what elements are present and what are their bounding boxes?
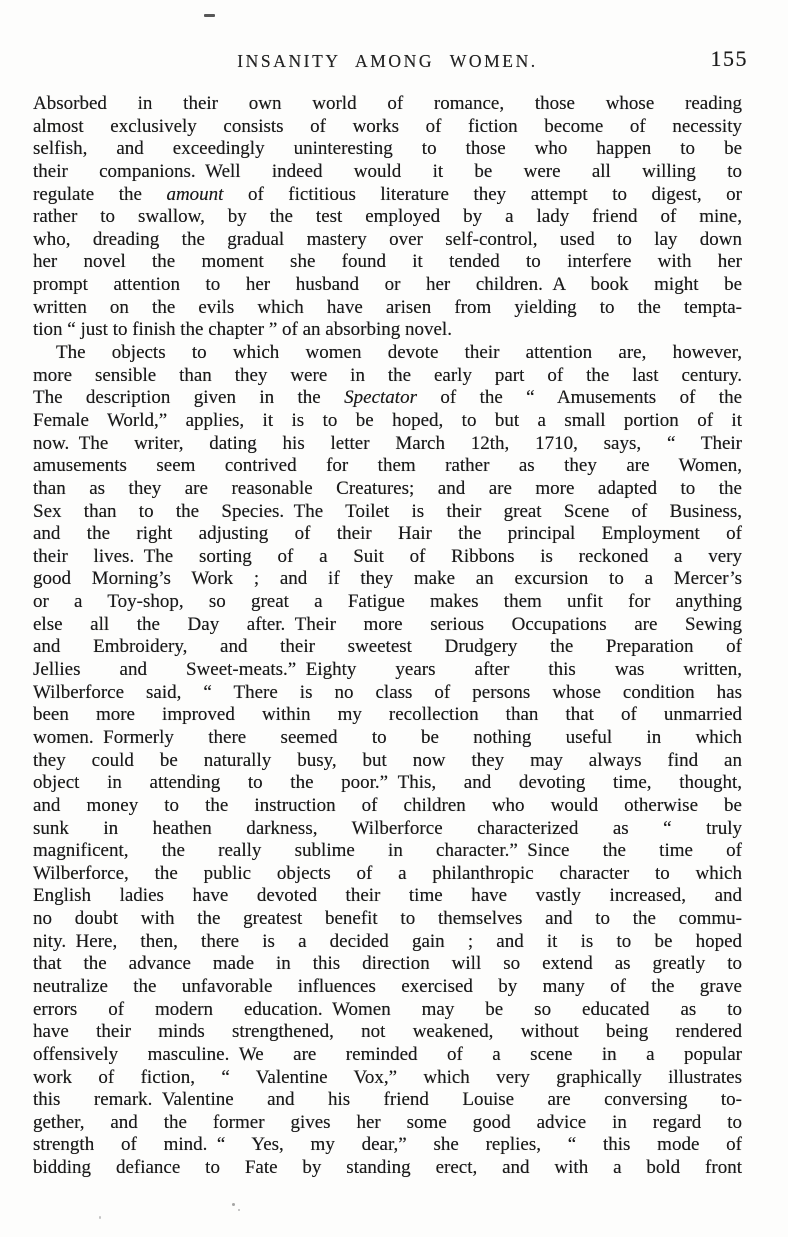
text-line: sunk in heathen darkness, Wilberforce ch… [33, 818, 742, 841]
text-line: errors of modern education. Women may be… [33, 999, 742, 1022]
text-line: Absorbed in their own world of romance, … [33, 93, 742, 116]
text-line: now. The writer, dating his letter March… [33, 433, 742, 456]
text-line: selfish, and exceedingly uninteresting t… [33, 138, 742, 161]
text-line: neutralize the unfavorable influences ex… [33, 976, 742, 999]
text-line: and Embroidery, and their sweetest Drudg… [33, 636, 742, 659]
scan-artifact [238, 1209, 240, 1211]
text-line: their companions. Well indeed would it b… [33, 161, 742, 184]
text-line: and the right adjusting of their Hair th… [33, 523, 742, 546]
text-line: and money to the instruction of children… [33, 795, 742, 818]
page-header: INSANITY AMONG WOMEN. 155 [33, 51, 742, 77]
text-line: The objects to which women devote their … [33, 342, 742, 365]
text-line: nity. Here, then, there is a decided gai… [33, 931, 742, 954]
text-line: strength of mind. “ Yes, my dear,” she r… [33, 1134, 742, 1157]
text-line: almost exclusively consists of works of … [33, 116, 742, 139]
scanned-book-page: INSANITY AMONG WOMEN. 155 Absorbed in th… [0, 0, 788, 1237]
text-line: offensively masculine. We are reminded o… [33, 1044, 742, 1067]
text-line: have their minds strengthened, not weake… [33, 1021, 742, 1044]
text-line: regulate the amount of fictitious litera… [33, 184, 742, 207]
text-line: no doubt with the greatest benefit to th… [33, 908, 742, 931]
text-line: her novel the moment she found it tended… [33, 251, 742, 274]
text-line: prompt attention to her husband or her c… [33, 274, 742, 297]
text-line: The description given in the Spectator o… [33, 387, 742, 410]
text-line: good Morning’s Work ; and if they make a… [33, 568, 742, 591]
text-line: magnificent, the really sublime in chara… [33, 840, 742, 863]
text-line: women. Formerly there seemed to be nothi… [33, 727, 742, 750]
text-line: than as they are reasonable Creatures; a… [33, 478, 742, 501]
running-title: INSANITY AMONG WOMEN. [33, 51, 742, 72]
text-line: bidding defiance to Fate by standing ere… [33, 1157, 742, 1180]
text-line: been more improved within my recollectio… [33, 704, 742, 727]
text-line: Female World,” applies, it is to be hope… [33, 410, 742, 433]
scan-artifact [99, 1216, 101, 1219]
text-line: that the advance made in this direction … [33, 953, 742, 976]
text-line: object in attending to the poor.” This, … [33, 772, 742, 795]
text-line: their lives. The sorting of a Suit of Ri… [33, 546, 742, 569]
text-line: written on the evils which have arisen f… [33, 297, 742, 320]
text-line: work of fiction, “ Valentine Vox,” which… [33, 1067, 742, 1090]
scan-artifact [232, 1203, 235, 1206]
text-line: this remark. Valentine and his friend Lo… [33, 1089, 742, 1112]
text-line: more sensible than they were in the earl… [33, 365, 742, 388]
text-line: else all the Day after. Their more serio… [33, 614, 742, 637]
text-line: gether, and the former gives her some go… [33, 1112, 742, 1135]
text-line: tion “ just to finish the chapter ” of a… [33, 319, 742, 342]
text-line: they could be naturally busy, but now th… [33, 750, 742, 773]
text-line: who, dreading the gradual mastery over s… [33, 229, 742, 252]
page-number: 155 [711, 46, 749, 72]
page-text: Absorbed in their own world of romance, … [33, 93, 742, 1180]
text-line: Sex than to the Species. The Toilet is t… [33, 501, 742, 524]
text-line: or a Toy-shop, so great a Fatigue makes … [33, 591, 742, 614]
scan-artifact [204, 14, 215, 17]
text-line: rather to swallow, by the test employed … [33, 206, 742, 229]
text-line: Jellies and Sweet-meats.” Eighty years a… [33, 659, 742, 682]
text-line: Wilberforce, the public objects of a phi… [33, 863, 742, 886]
text-line: English ladies have devoted their time h… [33, 885, 742, 908]
text-line: Wilberforce said, “ There is no class of… [33, 682, 742, 705]
text-line: amusements seem contrived for them rathe… [33, 455, 742, 478]
